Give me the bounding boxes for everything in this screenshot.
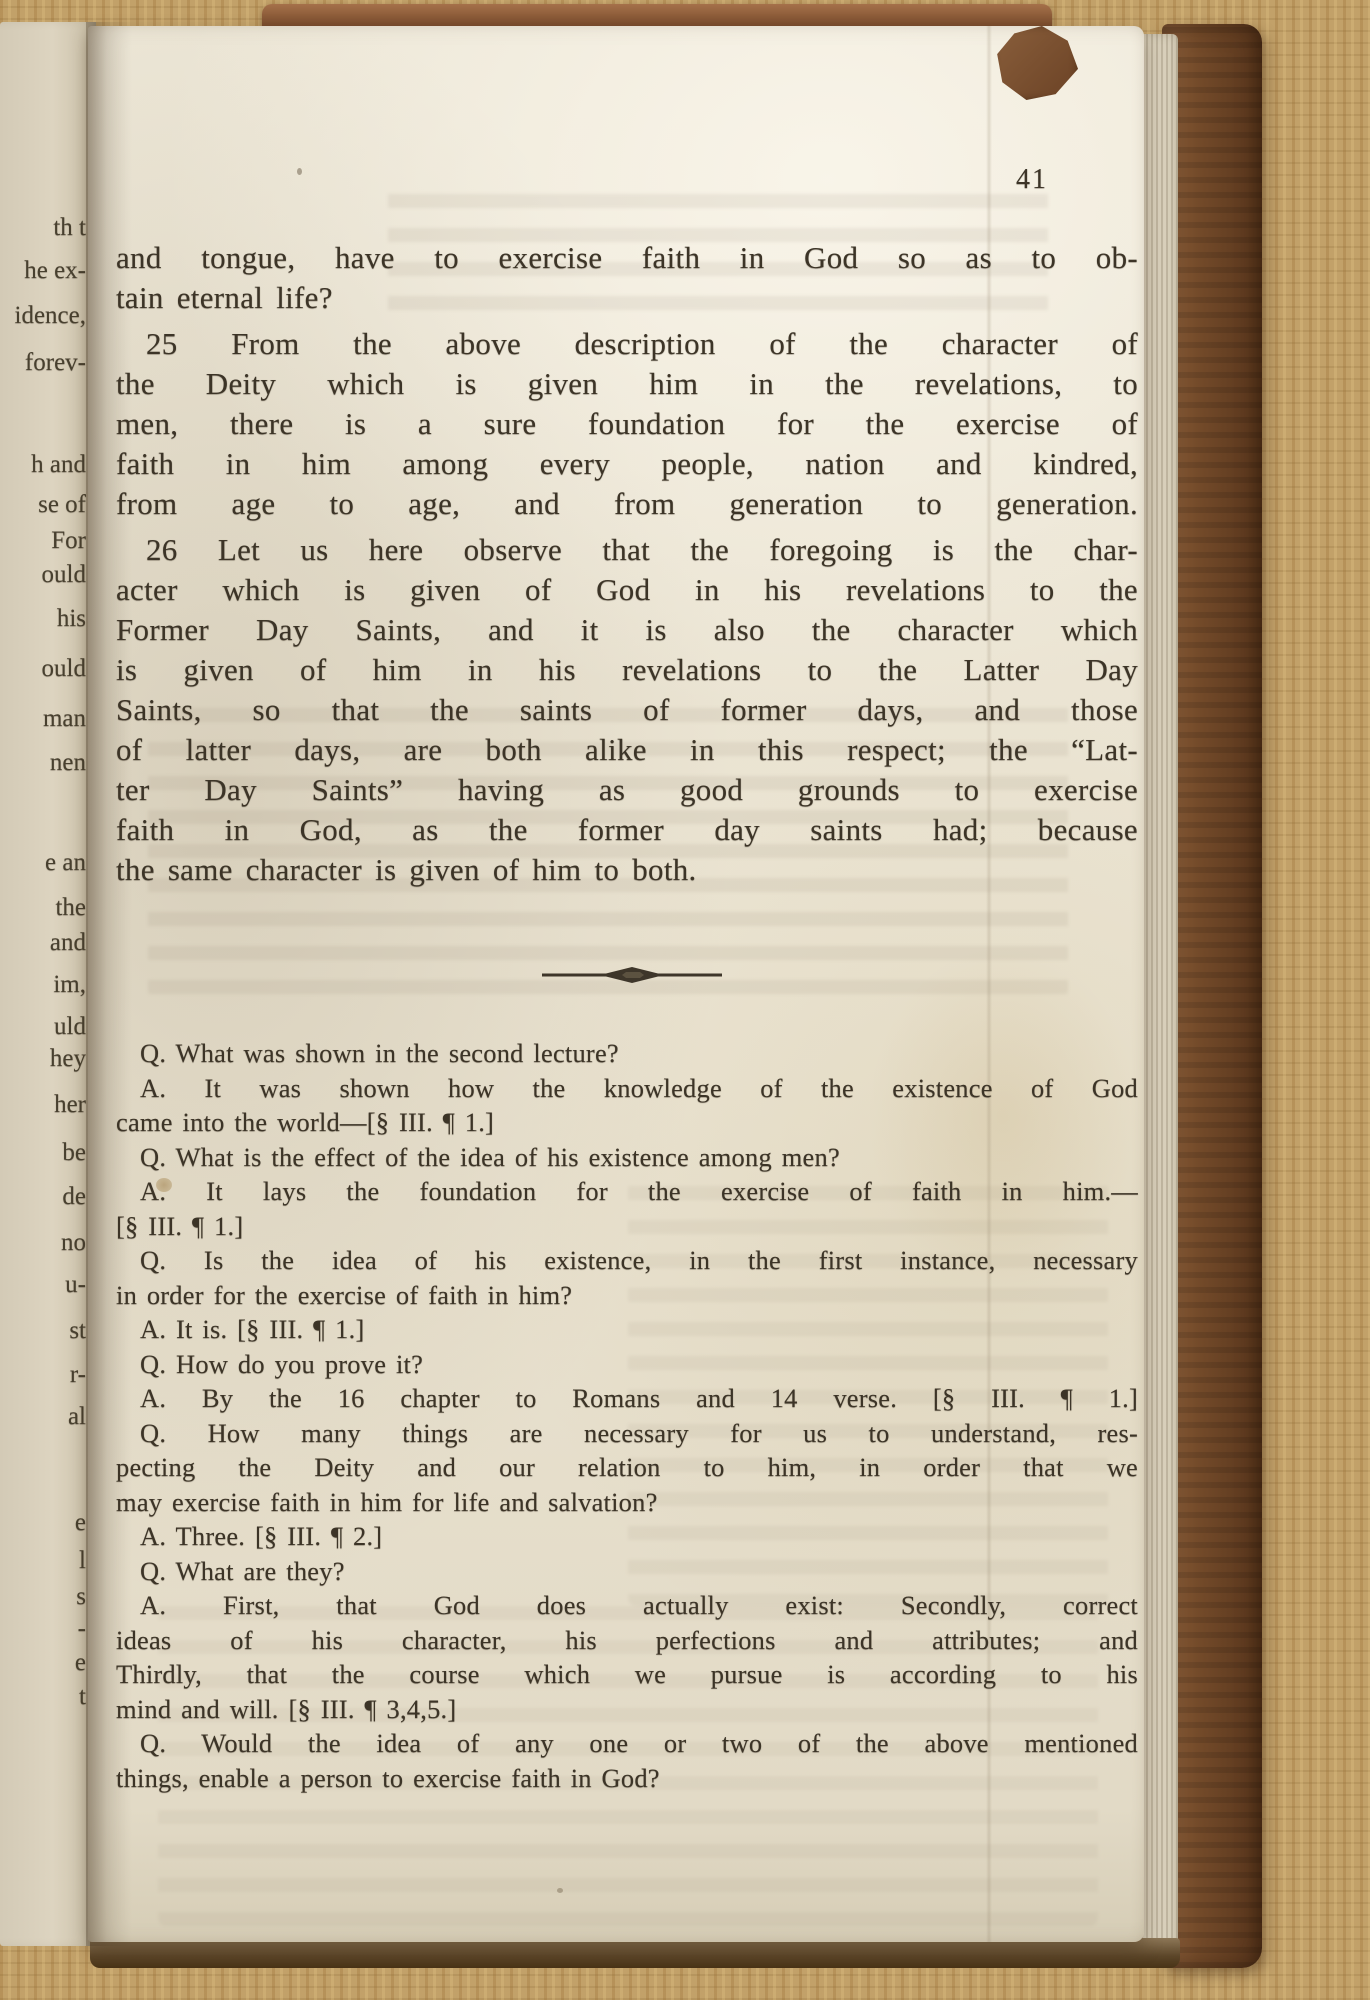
paragraph: 26 Let us here observe that the foregoin… [116,530,1138,890]
paper-speck [297,168,302,175]
text-line: things, enable a person to exercise fait… [116,1761,1138,1796]
text-line: men, there is a sure foundation for the … [116,404,1138,444]
text-line: Q. How do you prove it? [116,1347,1138,1382]
text-line: ideas of his character, his perfections … [116,1623,1138,1658]
text-line: and tongue, have to exercise faith in Go… [116,238,1138,278]
text-line: is given of him in his revelations to th… [116,650,1138,690]
text-line: Former Day Saints, and it is also the ch… [116,610,1138,650]
text-line: pecting the Deity and our relation to hi… [116,1450,1138,1485]
qa-text: Q. What was shown in the second lecture?… [116,1036,1138,1795]
book-photo-scene: th the ex-idence,forev-h andse ofForould… [0,0,1370,2000]
text-line: Thirdly, that the course which we pursue… [116,1657,1138,1692]
section-divider [540,964,724,986]
text-line: Q. Is the idea of his existence, in the … [116,1243,1138,1278]
text-line: the Deity which is given him in the reve… [116,364,1138,404]
text-line: [§ III. ¶ 1.] [116,1209,1138,1244]
text-line: A. It was shown how the knowledge of the… [116,1071,1138,1106]
text-line: tain eternal life? [116,278,1138,318]
text-line: in order for the exercise of faith in hi… [116,1278,1138,1313]
body-text: and tongue, have to exercise faith in Go… [116,238,1138,896]
paper-speck [557,1888,563,1893]
text-line: from age to age, and from generation to … [116,484,1138,524]
text-line: of latter days, are both alike in this r… [116,730,1138,770]
book-bottom-edge [90,1938,1180,1968]
text-line: Q. Would the idea of any one or two of t… [116,1726,1138,1761]
text-line: ter Day Saints” having as good grounds t… [116,770,1138,810]
text-line: mind and will. [§ III. ¶ 3,4,5.] [116,1692,1138,1727]
text-line: Saints, so that the saints of former day… [116,690,1138,730]
text-line: Q. What is the effect of the idea of his… [116,1140,1138,1175]
text-line: came into the world—[§ III. ¶ 1.] [116,1105,1138,1140]
text-line: Q. How many things are necessary for us … [116,1416,1138,1451]
page-number: 41 [1016,164,1048,196]
text-line: A. First, that God does actually exist: … [116,1588,1138,1623]
text-line: A. It is. [§ III. ¶ 1.] [116,1312,1138,1347]
text-line: A. Three. [§ III. ¶ 2.] [116,1519,1138,1554]
text-line: faith in him among every people, nation … [116,444,1138,484]
book-page: 41 and tongue, have to exercise faith in… [88,26,1144,1942]
text-line: the same character is given of him to bo… [116,850,1138,890]
text-line: 25 From the above description of the cha… [116,324,1138,364]
text-line: 26 Let us here observe that the foregoin… [116,530,1138,570]
divider-ornament-icon [540,964,724,986]
text-line: may exercise faith in him for life and s… [116,1485,1138,1520]
text-line: acter which is given of God in his revel… [116,570,1138,610]
text-line: A. It lays the foundation for the exerci… [116,1174,1138,1209]
adjacent-page-edge [0,22,96,1946]
text-line: faith in God, as the former day saints h… [116,810,1138,850]
text-line: Q. What was shown in the second lecture? [116,1036,1138,1071]
paragraph: 25 From the above description of the cha… [116,324,1138,524]
text-line: A. By the 16 chapter to Romans and 14 ve… [116,1381,1138,1416]
paragraph: and tongue, have to exercise faith in Go… [116,238,1138,318]
text-line: Q. What are they? [116,1554,1138,1589]
